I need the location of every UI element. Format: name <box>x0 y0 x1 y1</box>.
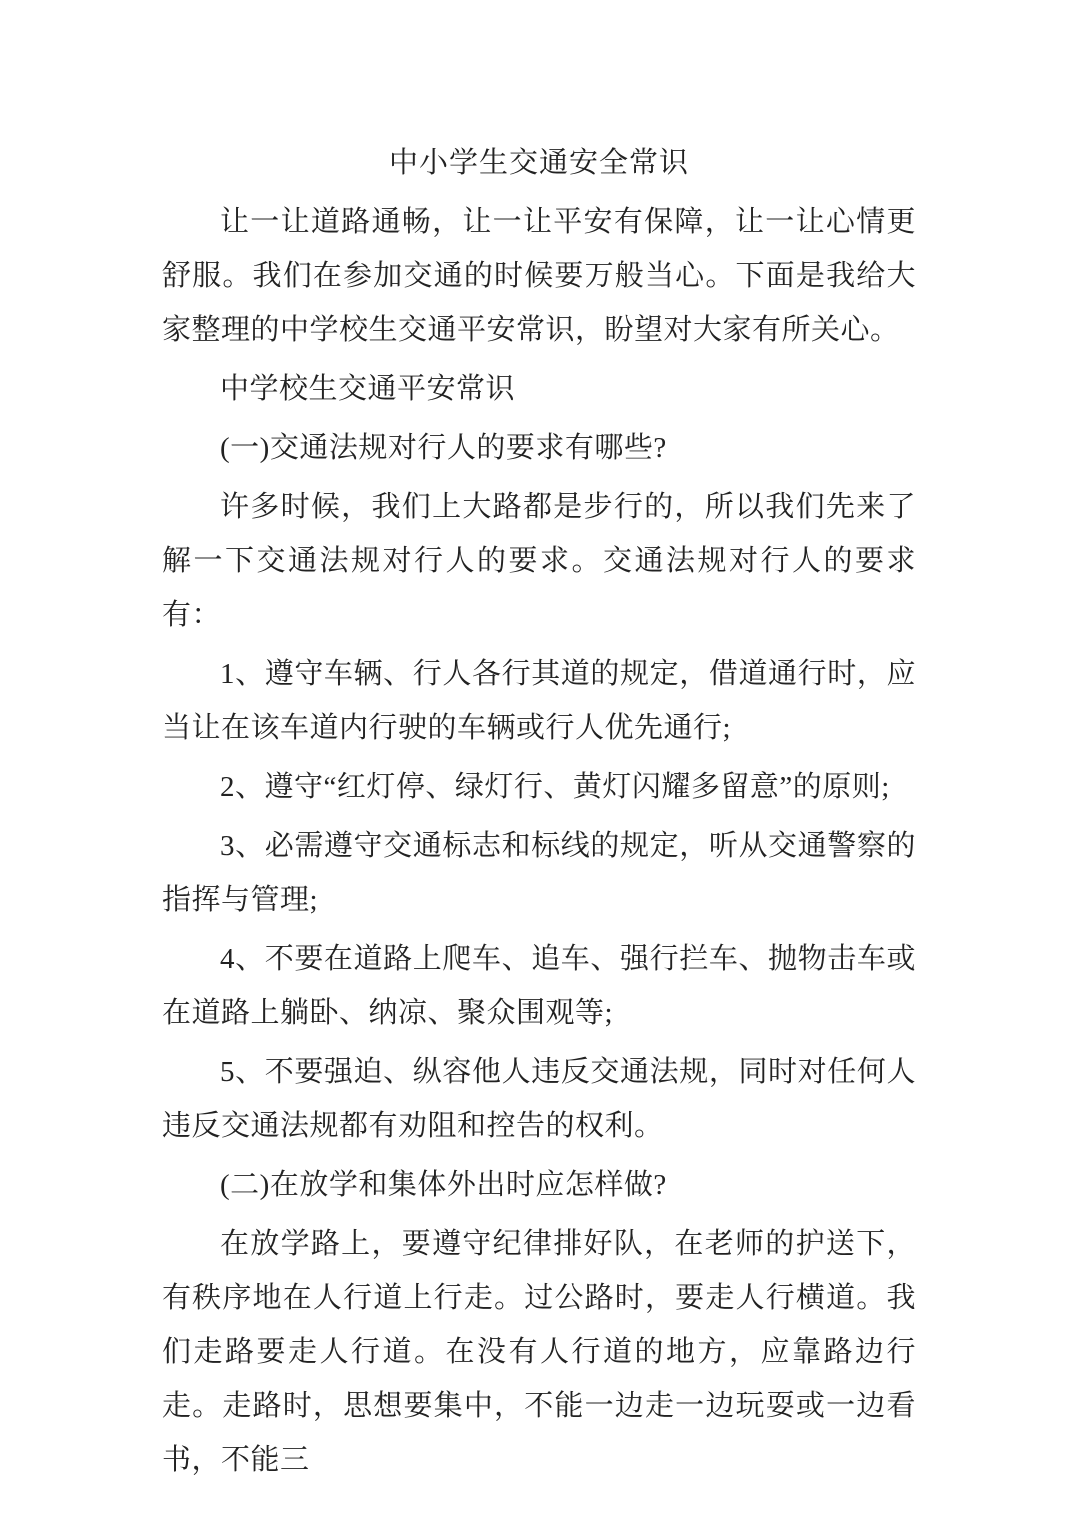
section-heading: (一)交通法规对行人的要求有哪些? <box>162 421 916 475</box>
paragraph: 让一让道路通畅，让一让平安有保障，让一让心情更舒服。我们在参加交通的时候要万般当… <box>162 195 916 357</box>
list-item: 1、遵守车辆、行人各行其道的规定，借道通行时，应当让在该车道内行驶的车辆或行人优… <box>162 647 916 755</box>
list-item: 3、必需遵守交通标志和标线的规定，听从交通警察的指挥与管理; <box>162 819 916 927</box>
list-item: 4、不要在道路上爬车、追车、强行拦车、抛物击车或在道路上躺卧、纳凉、聚众围观等; <box>162 932 916 1040</box>
section-heading: 中学校生交通平安常识 <box>162 362 916 416</box>
document-page: 中小学生交通安全常识 让一让道路通畅，让一让平安有保障，让一让心情更舒服。我们在… <box>0 0 1080 1527</box>
document-title: 中小学生交通安全常识 <box>162 136 916 190</box>
section-heading: (二)在放学和集体外出时应怎样做? <box>162 1158 916 1212</box>
paragraph: 许多时候，我们上大路都是步行的，所以我们先来了解一下交通法规对行人的要求。交通法… <box>162 480 916 642</box>
paragraph: 在放学路上，要遵守纪律排好队，在老师的护送下，有秩序地在人行道上行走。过公路时，… <box>162 1217 916 1487</box>
list-item: 2、遵守“红灯停、绿灯行、黄灯闪耀多留意”的原则; <box>162 760 916 814</box>
list-item: 5、不要强迫、纵容他人违反交通法规，同时对任何人违反交通法规都有劝阻和控告的权利… <box>162 1045 916 1153</box>
